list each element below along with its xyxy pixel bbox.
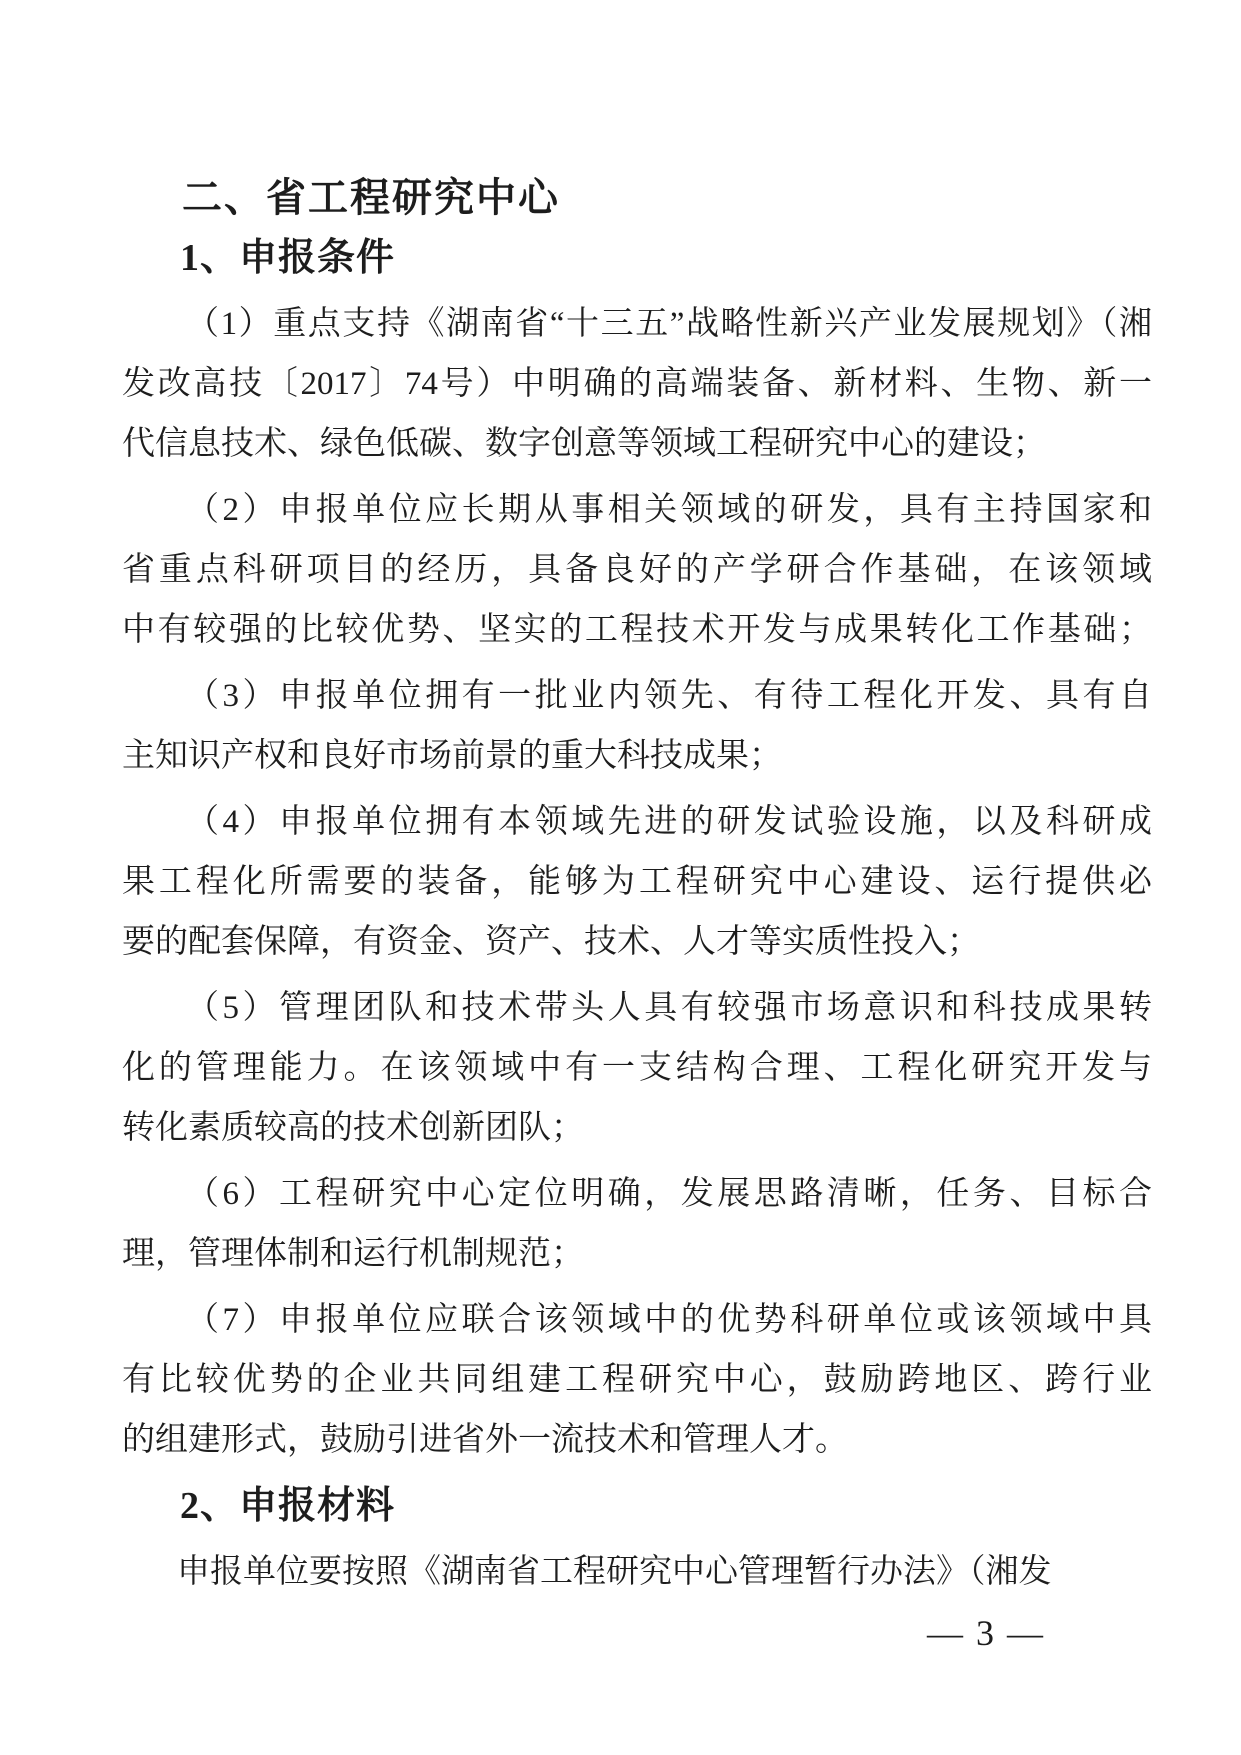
section-heading: 二、省工程研究中心	[122, 168, 1152, 228]
text-line: 申报单位要按照《湖南省工程研究中心管理暂行办法》（湘发	[122, 1542, 1152, 1602]
text-line: （4）申报单位拥有本领域先进的研发试验设施，以及科研成	[122, 792, 1152, 852]
paragraph-item-6: （6）工程研究中心定位明确，发展思路清晰，任务、目标合理，管理体制和运行机制规范…	[122, 1164, 1152, 1284]
paragraph-item-2: （2）申报单位应长期从事相关领域的研发，具有主持国家和省重点科研项目的经历，具备…	[122, 480, 1152, 660]
text-line: 的组建形式，鼓励引进省外一流技术和管理人才。	[122, 1410, 1152, 1470]
text-line: 有比较优势的企业共同组建工程研究中心，鼓励跨地区、跨行业	[122, 1350, 1152, 1410]
text-line: 转化素质较高的技术创新团队；	[122, 1098, 1152, 1158]
text-line: （3）申报单位拥有一批业内领先、有待工程化开发、具有自	[122, 666, 1152, 726]
page-number: — 3 —	[927, 1603, 1045, 1663]
text-line: 化的管理能力。在该领域中有一支结构合理、工程化研究开发与	[122, 1038, 1152, 1098]
text-line: （7）申报单位应联合该领域中的优势科研单位或该领域中具	[122, 1290, 1152, 1350]
text-line: （5）管理团队和技术带头人具有较强市场意识和科技成果转	[122, 978, 1152, 1038]
text-line: （6）工程研究中心定位明确，发展思路清晰，任务、目标合	[122, 1164, 1152, 1224]
text-line: 主知识产权和良好市场前景的重大科技成果；	[122, 726, 1152, 786]
paragraph-item-1: （1）重点支持《湖南省“十三五”战略性新兴产业发展规划》（湘发改高技〔2017〕…	[122, 294, 1152, 474]
text-line: 代信息技术、绿色低碳、数字创意等领域工程研究中心的建设；	[122, 414, 1152, 474]
text-line: 果工程化所需要的装备，能够为工程研究中心建设、运行提供必	[122, 852, 1152, 912]
text-line: 省重点科研项目的经历，具备良好的产学研合作基础，在该领域	[122, 540, 1152, 600]
paragraph-closing: 申报单位要按照《湖南省工程研究中心管理暂行办法》（湘发	[122, 1542, 1152, 1602]
paragraph-item-5: （5）管理团队和技术带头人具有较强市场意识和科技成果转化的管理能力。在该领域中有…	[122, 978, 1152, 1158]
paragraph-item-3: （3）申报单位拥有一批业内领先、有待工程化开发、具有自主知识产权和良好市场前景的…	[122, 666, 1152, 786]
document-body: 二、省工程研究中心1、申报条件（1）重点支持《湖南省“十三五”战略性新兴产业发展…	[122, 168, 1152, 1602]
paragraph-item-4: （4）申报单位拥有本领域先进的研发试验设施，以及科研成果工程化所需要的装备，能够…	[122, 792, 1152, 972]
document-page: 二、省工程研究中心1、申报条件（1）重点支持《湖南省“十三五”战略性新兴产业发展…	[0, 0, 1241, 1755]
text-line: 中有较强的比较优势、坚实的工程技术开发与成果转化工作基础；	[122, 600, 1152, 660]
paragraph-item-7: （7）申报单位应联合该领域中的优势科研单位或该领域中具有比较优势的企业共同组建工…	[122, 1290, 1152, 1470]
text-line: 要的配套保障，有资金、资产、技术、人才等实质性投入；	[122, 912, 1152, 972]
text-line: 发改高技〔2017〕74号）中明确的高端装备、新材料、生物、新一	[122, 354, 1152, 414]
text-line: （2）申报单位应长期从事相关领域的研发，具有主持国家和	[122, 480, 1152, 540]
text-line: （1）重点支持《湖南省“十三五”战略性新兴产业发展规划》（湘	[122, 294, 1152, 354]
sub-heading-materials: 2、申报材料	[122, 1476, 1152, 1536]
text-line: 理，管理体制和运行机制规范；	[122, 1224, 1152, 1284]
sub-heading-conditions: 1、申报条件	[122, 228, 1152, 288]
